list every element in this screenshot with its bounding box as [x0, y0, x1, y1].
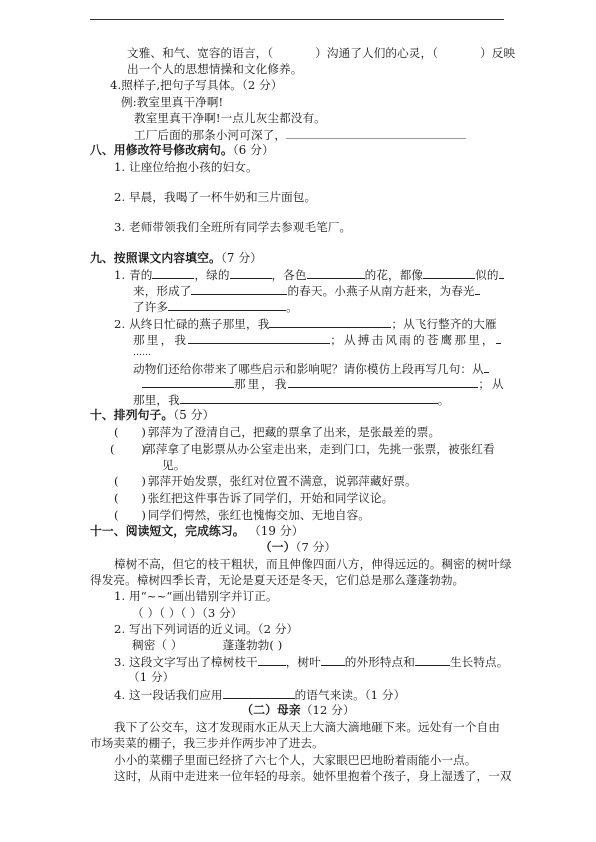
order-paren-3[interactable]: ( ): [114, 474, 144, 489]
q1-blank-6[interactable]: [191, 283, 287, 295]
part2-para-line-3: 小小的菜棚子里面已经挤了六七个人，大家眼巴巴地盼着雨能小一点。: [114, 753, 477, 768]
q2-blank-2[interactable]: [188, 332, 330, 344]
q1-blank-7[interactable]: [475, 283, 480, 295]
section8-points: （6 分）: [233, 143, 274, 157]
intro-line-1: 文雅、和气、宽容的语言，（）沟通了人们的心灵，（）反映: [127, 46, 515, 61]
section10-item-1: ( ) 郭萍为了澄清自己，把藏的票拿了出来，是张最差的票。: [114, 425, 440, 440]
worksheet-page: 文雅、和气、宽容的语言，（）沟通了人们的心灵，（）反映 出一个人的思想情操和文化…: [0, 0, 596, 842]
q1-blank-3[interactable]: [307, 267, 365, 279]
section9-q1-line1: 1. 青的，绿的，各色的花，都像似的: [114, 267, 504, 283]
q4-text-1: 4. 这一段话我们应用: [114, 688, 223, 702]
q4-answer-blank[interactable]: [286, 127, 466, 139]
q1-text-7: 的春天。小燕子从南方赶来，为春光: [287, 284, 474, 298]
q1-text-4: 的花，都像: [365, 268, 423, 282]
part1-points: （7 分）: [296, 540, 337, 554]
q4-title: 4.照样子,把句子写具体。（2 分）: [110, 78, 283, 93]
section9-q1-line3: 了许多。: [133, 299, 298, 315]
section10-points: （5 分）: [173, 408, 214, 422]
q2-text-9: 那里，我: [133, 393, 180, 407]
intro-text-c: ）反映: [480, 46, 515, 60]
part2-para-line-4: 这时，从雨中走进来一位年轻的母亲。她怀里抱着个孩子，身上湿透了，一双: [114, 769, 512, 784]
q1-text-9: 。: [286, 300, 298, 314]
item-text-5: 同学们愕然，张红也愧悔交加、无地自容。: [148, 508, 370, 522]
order-paren-2[interactable]: ( ): [110, 442, 144, 457]
section8-item-2: 2. 早晨，我喝了一杯牛奶和三片面包。: [114, 190, 316, 205]
part1-q3-points: （1 分）: [128, 670, 174, 685]
part1-q1: 1. 用“~~“画出错别字并订正。: [114, 589, 278, 604]
section9-title: 九、按照课文内容填空。: [90, 251, 221, 265]
section9-q2-line4: 动物们还给你带来了哪些启示和影响呢？请你模仿上段再写几句：从: [133, 361, 489, 377]
part1-title: （一）: [260, 540, 296, 554]
q1-text-5: 似的: [475, 268, 498, 282]
section10-item-3: ( ) 郭萍开始发票，张红对位置不满意，说郭萍藏好票。: [114, 474, 417, 489]
section10-item-4: ( ) 张红把这件事告诉了同学们，开始和同学议论。: [114, 491, 393, 506]
q2-text-10: 。: [438, 393, 450, 407]
section9-points: （7 分）: [221, 251, 262, 265]
q1-text-6: 来，形成了: [133, 284, 191, 298]
q2-blank-3[interactable]: [496, 332, 501, 344]
q1-text-8: 了许多: [133, 300, 168, 314]
q1-text-1: 青的: [129, 268, 152, 282]
part2-heading: （二）母亲（12 分）: [0, 703, 596, 718]
q1-blank-1[interactable]: [152, 267, 194, 279]
part1-q4: 4. 这一段话我们应用的语气来读。（1 分）: [114, 687, 405, 703]
q4-blank[interactable]: [223, 687, 295, 699]
section11-heading: 十一、阅读短文，完成练习。 （19 分）: [90, 524, 304, 539]
section8-heading: 八、用修改符号修改病句。（6 分）: [90, 143, 274, 158]
q2-text-4: ；从搏击风雨的苍鹰那里，: [330, 333, 496, 347]
q2-synonym-2[interactable]: 蓬蓬勃勃( ): [223, 638, 283, 652]
order-paren-5[interactable]: ( ): [114, 508, 144, 523]
header-rule: [90, 19, 504, 20]
q3-text-3: 的外形特点和: [345, 655, 415, 669]
order-paren-1[interactable]: ( ): [114, 425, 144, 440]
q2-text-1: 从终日忙碌的燕子那里，我: [129, 317, 269, 331]
q3-blank-2[interactable]: [321, 654, 345, 666]
q1-blank-2[interactable]: [230, 267, 272, 279]
item-text-3: 郭萍开始发票，张红对位置不满意，说郭萍藏好票。: [148, 474, 417, 488]
part1-para-line-1: 樟树不高，但它的枝干粗状，而且伸像四面八方，伸得远远的。稠密的树叶绿: [114, 557, 512, 572]
section11-title: 十一、阅读短文，完成练习。: [90, 524, 245, 538]
q1-blank-4[interactable]: [423, 267, 475, 279]
q3-text-2: ，树叶: [286, 655, 321, 669]
q4-prompt: 工厂后面的那条小河可深了，: [134, 128, 286, 142]
part1-para-line-2: 得发亮。樟树四季长青，无论是夏天还是冬天，它们总是那么蓬蓬勃勃。: [90, 573, 464, 588]
section8-item-3: 3. 老师带领我们全班所有同学去参观毛笔厂。: [114, 220, 351, 235]
q2-text-7: 那里，我: [234, 377, 288, 391]
section10-title: 十、排列句子。: [90, 408, 173, 422]
q1-text-3: ，各色: [272, 268, 307, 282]
q1-text-2: ，绿的: [194, 268, 229, 282]
q2-blank-5[interactable]: [142, 376, 234, 388]
part1-q1-blanks[interactable]: （ ）（ ）（ ）（3 分）: [132, 606, 242, 621]
q2-text-6: 动物们还给你带来了哪些启示和影响呢？请你模仿上段再写几句：从: [133, 362, 484, 376]
q4-example-label: 例:教室里真干净啊!: [121, 95, 223, 110]
section8-item-1: 1. 让座位给抱小孩的妇女。: [114, 160, 258, 175]
q3-text-4: 生长特点。: [450, 655, 508, 669]
section10-heading: 十、排列句子。（5 分）: [90, 408, 215, 423]
item-text-1: 郭萍为了澄清自己，把藏的票拿了出来，是张最差的票。: [148, 425, 440, 439]
section9-heading: 九、按照课文内容填空。（7 分）: [90, 251, 262, 266]
order-paren-4[interactable]: ( ): [114, 491, 144, 506]
q2-blank-1[interactable]: [269, 316, 391, 328]
q4-text-2: 的语气来读。（1 分）: [295, 688, 406, 702]
section8-title: 八、用修改符号修改病句。: [90, 143, 233, 157]
section9-q2-line6: 那里，我。: [133, 392, 449, 408]
q2-ellipsis: ……: [133, 346, 151, 361]
section11-points: （19 分）: [249, 524, 304, 538]
q1-blank-8[interactable]: [168, 299, 286, 311]
section9-q2-line5: 那里，我；从: [142, 376, 506, 392]
section9-q2-line2: 那里，我；从搏击风雨的苍鹰那里，: [133, 332, 501, 348]
q2-blank-7[interactable]: [180, 392, 438, 404]
q2-text-3: 那里，我: [133, 333, 188, 347]
q2-text-8: ；从: [478, 377, 505, 391]
part1-heading: （一）（7 分）: [0, 540, 596, 555]
intro-line-2: 出一个人的思想情操和文化修养。: [127, 62, 302, 77]
part2-para-line-2: 市场卖菜的棚子，我三步并作两步冲了进去。: [90, 736, 324, 751]
part2-para-line-1: 我下了公交车，这才发现雨水正从天上大滴大滴地砸下来。远处有一个自由: [114, 720, 500, 735]
intro-text-b: ）沟通了人们的心灵，（: [315, 46, 438, 60]
section9-q2-line1: 2. 从终日忙碌的燕子那里，我；从飞行整齐的大雁: [114, 316, 497, 332]
intro-text-a: 文雅、和气、宽容的语言，（: [127, 46, 273, 60]
q2-blank-6[interactable]: [288, 376, 478, 388]
item-text-4: 张红把这件事告诉了同学们，开始和同学议论。: [148, 491, 394, 505]
q1-number: 1.: [114, 268, 125, 282]
q3-blank-3[interactable]: [415, 654, 450, 666]
q2-text-2: ；从飞行整齐的大雁: [391, 317, 496, 331]
q4-example-answer: 教室里真干净啊!一点儿灰尘都没有。: [134, 111, 326, 126]
section10-item-2: ( )郭萍拿了电影票从办公室走出来，走到门口，先挑一张票，被张红看: [110, 442, 495, 457]
item-text-2: 郭萍拿了电影票从办公室走出来，走到门口，先挑一张票，被张红看: [144, 442, 495, 456]
q2-blank-4[interactable]: [484, 361, 489, 373]
q1-blank-5[interactable]: [499, 267, 504, 279]
section10-item-5: ( ) 同学们愕然，张红也愧悔交加、无地自容。: [114, 508, 370, 523]
q3-blank-1[interactable]: [258, 654, 286, 666]
q2-synonym-1[interactable]: 稠密（ ）: [132, 638, 183, 652]
q2-number: 2.: [114, 317, 125, 331]
part1-q2-answers: 稠密（ ）蓬蓬勃勃( ): [132, 638, 282, 653]
q4-prompt-line: 工厂后面的那条小河可深了，: [134, 127, 466, 143]
part2-points: （12 分）: [301, 703, 355, 717]
section10-item-2-cont: 见。: [162, 458, 185, 473]
part1-q3: 3. 这段文字写出了樟树枝干，树叶的外形特点和生长特点。: [114, 654, 508, 670]
part1-q2: 2. 写出下列词语的近义词。（2 分）: [114, 622, 298, 637]
q3-text-1: 3. 这段文字写出了樟树枝干: [114, 655, 258, 669]
section9-q1-line2: 来，形成了的春天。小燕子从南方赶来，为春光: [133, 283, 480, 299]
part2-title: （二）母亲: [241, 703, 301, 717]
